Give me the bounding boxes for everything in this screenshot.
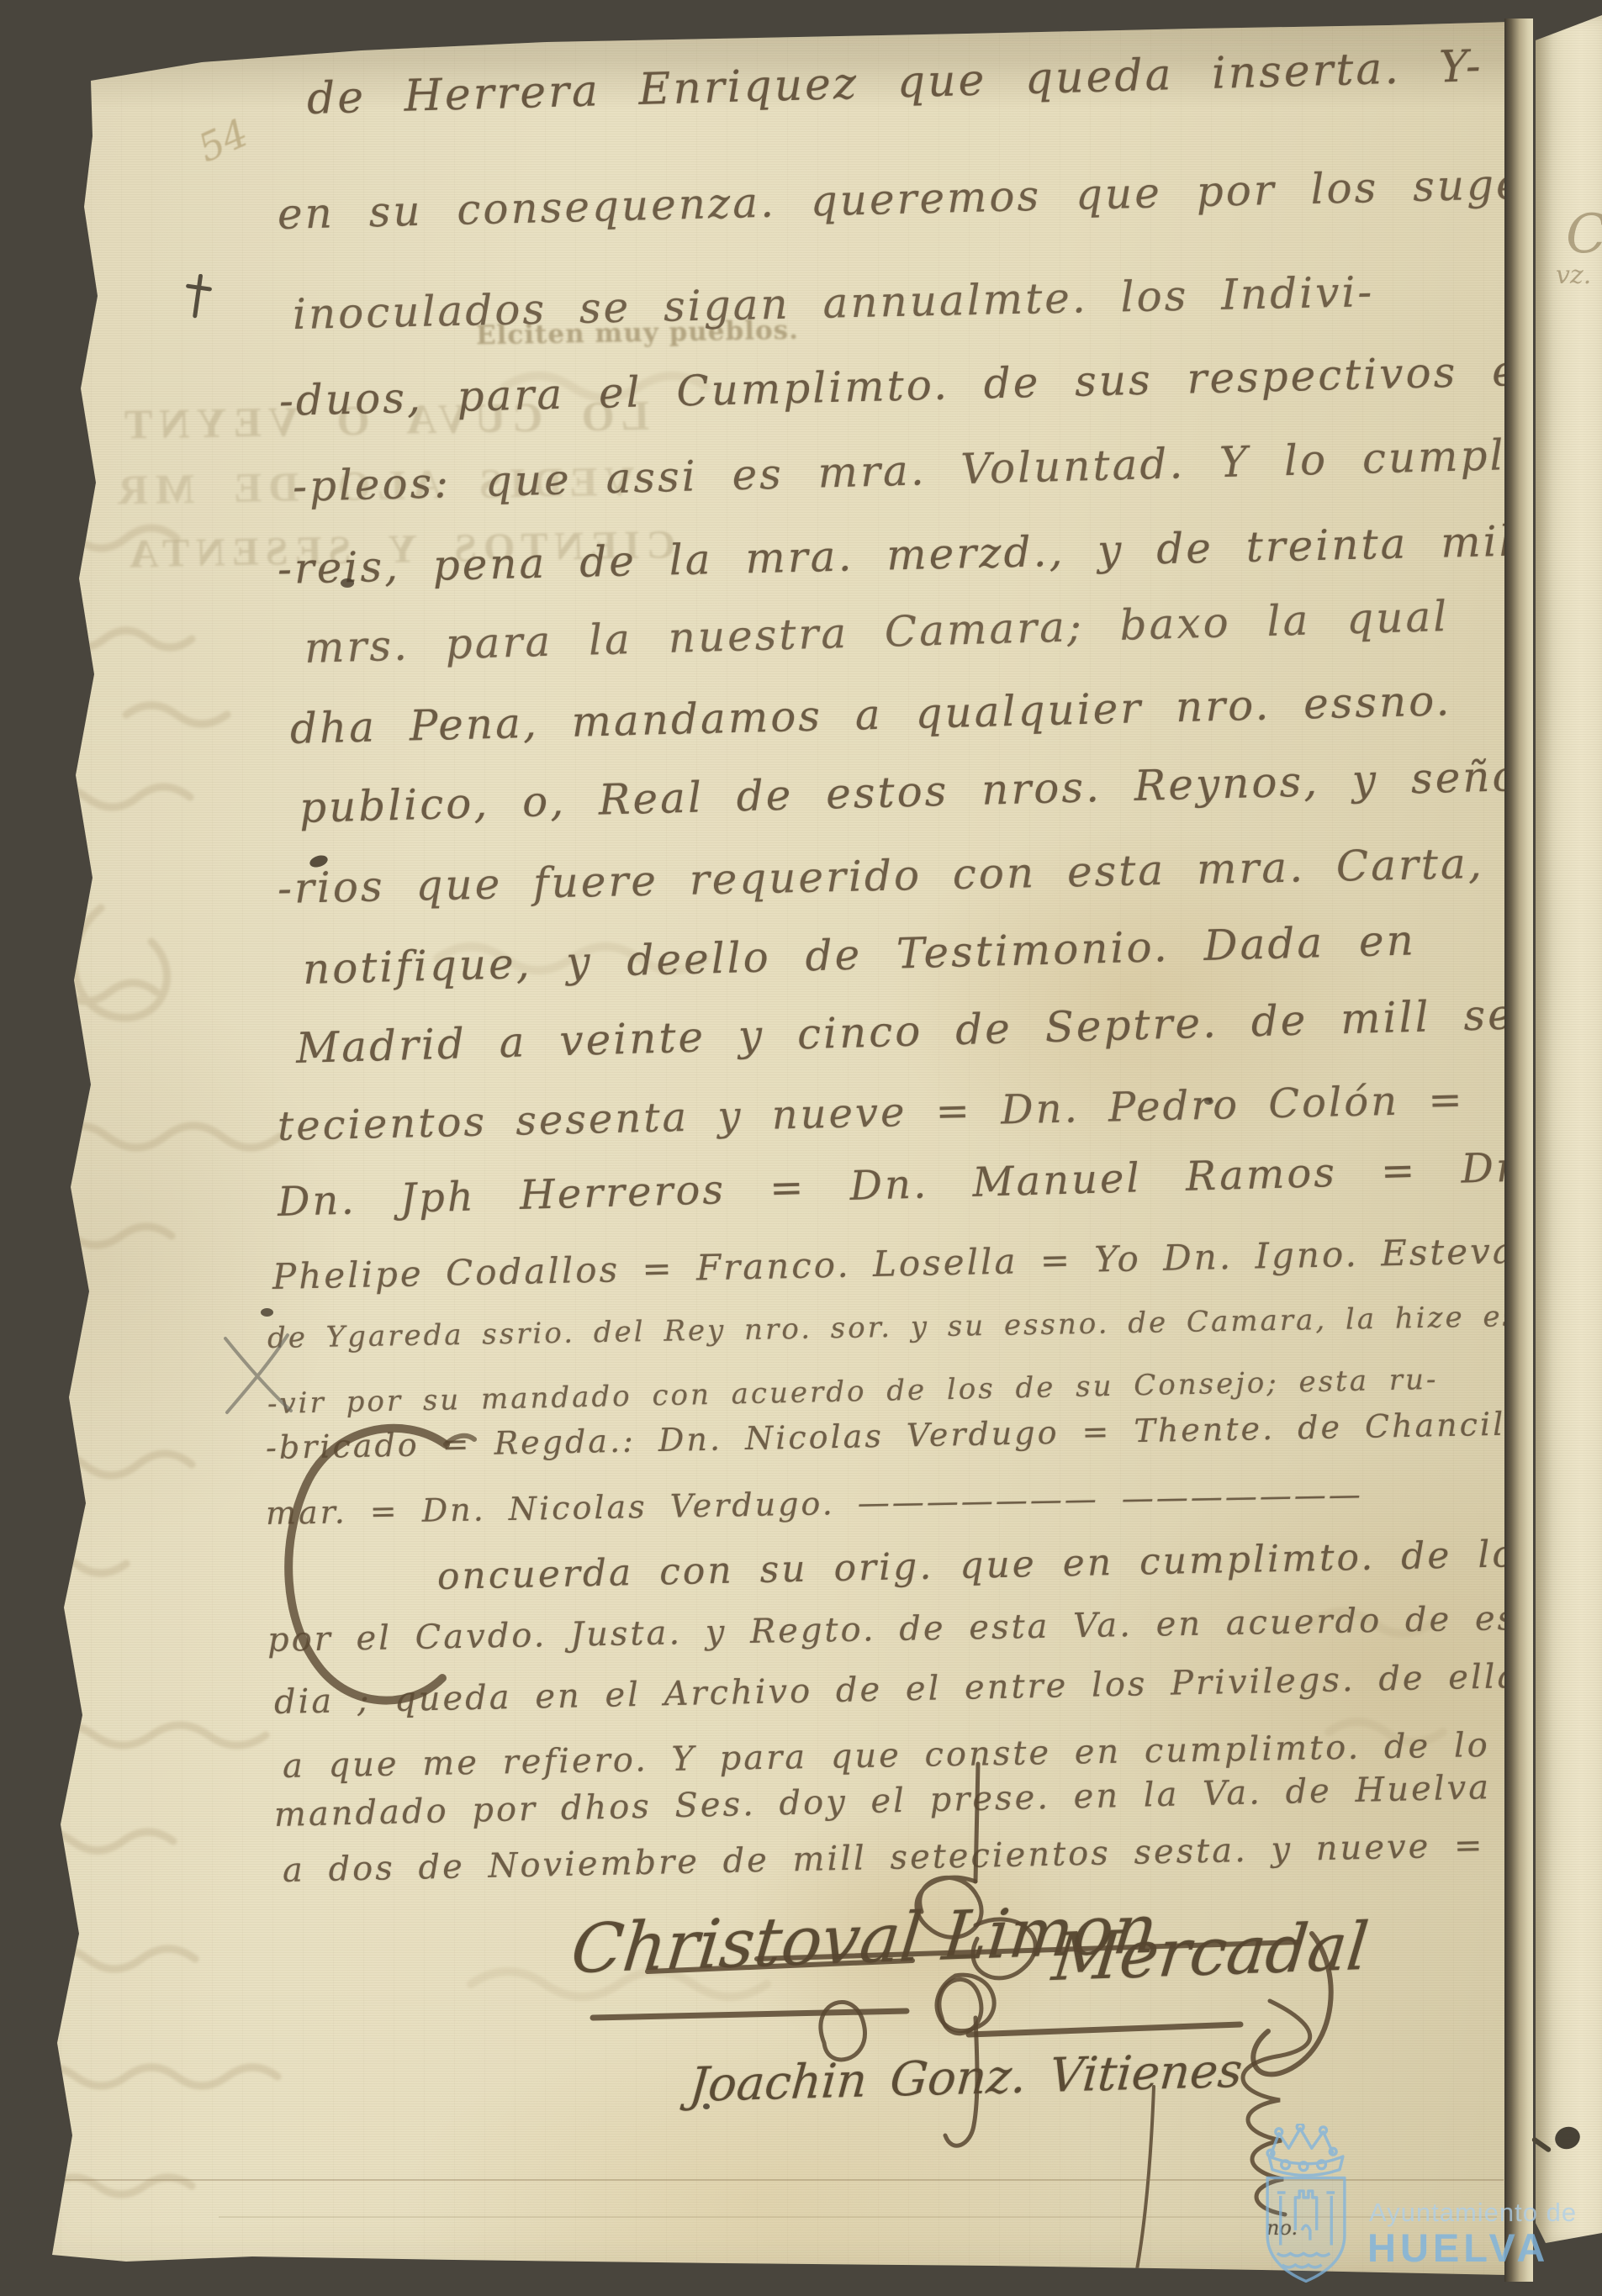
gutter-fold bbox=[1504, 18, 1533, 2282]
signature-rubric bbox=[505, 1715, 1602, 2296]
adjacent-page: C vz. bbox=[1531, 12, 1602, 2248]
scanned-document: LO CUVA O VEYNT VEDIS ALO DE MR CIENTOS … bbox=[0, 0, 1602, 2296]
ink-speck bbox=[261, 1308, 273, 1317]
flourished-initial-c bbox=[278, 1411, 479, 1730]
manuscript-page: LO CUVA O VEYNT VEDIS ALO DE MR CIENTOS … bbox=[0, 0, 1602, 2296]
ink-speck bbox=[1204, 1098, 1213, 1105]
paper-crease bbox=[219, 2216, 1497, 2218]
ink-speck bbox=[703, 2103, 710, 2109]
adjacent-page-fragment: vz. bbox=[1556, 261, 1591, 290]
paper-crease bbox=[59, 2179, 1504, 2181]
pencil-x-mark bbox=[220, 1330, 298, 1417]
adjacent-page-fragment: C bbox=[1566, 203, 1602, 266]
dagger-mark bbox=[183, 274, 212, 319]
ink-speck bbox=[341, 578, 354, 588]
